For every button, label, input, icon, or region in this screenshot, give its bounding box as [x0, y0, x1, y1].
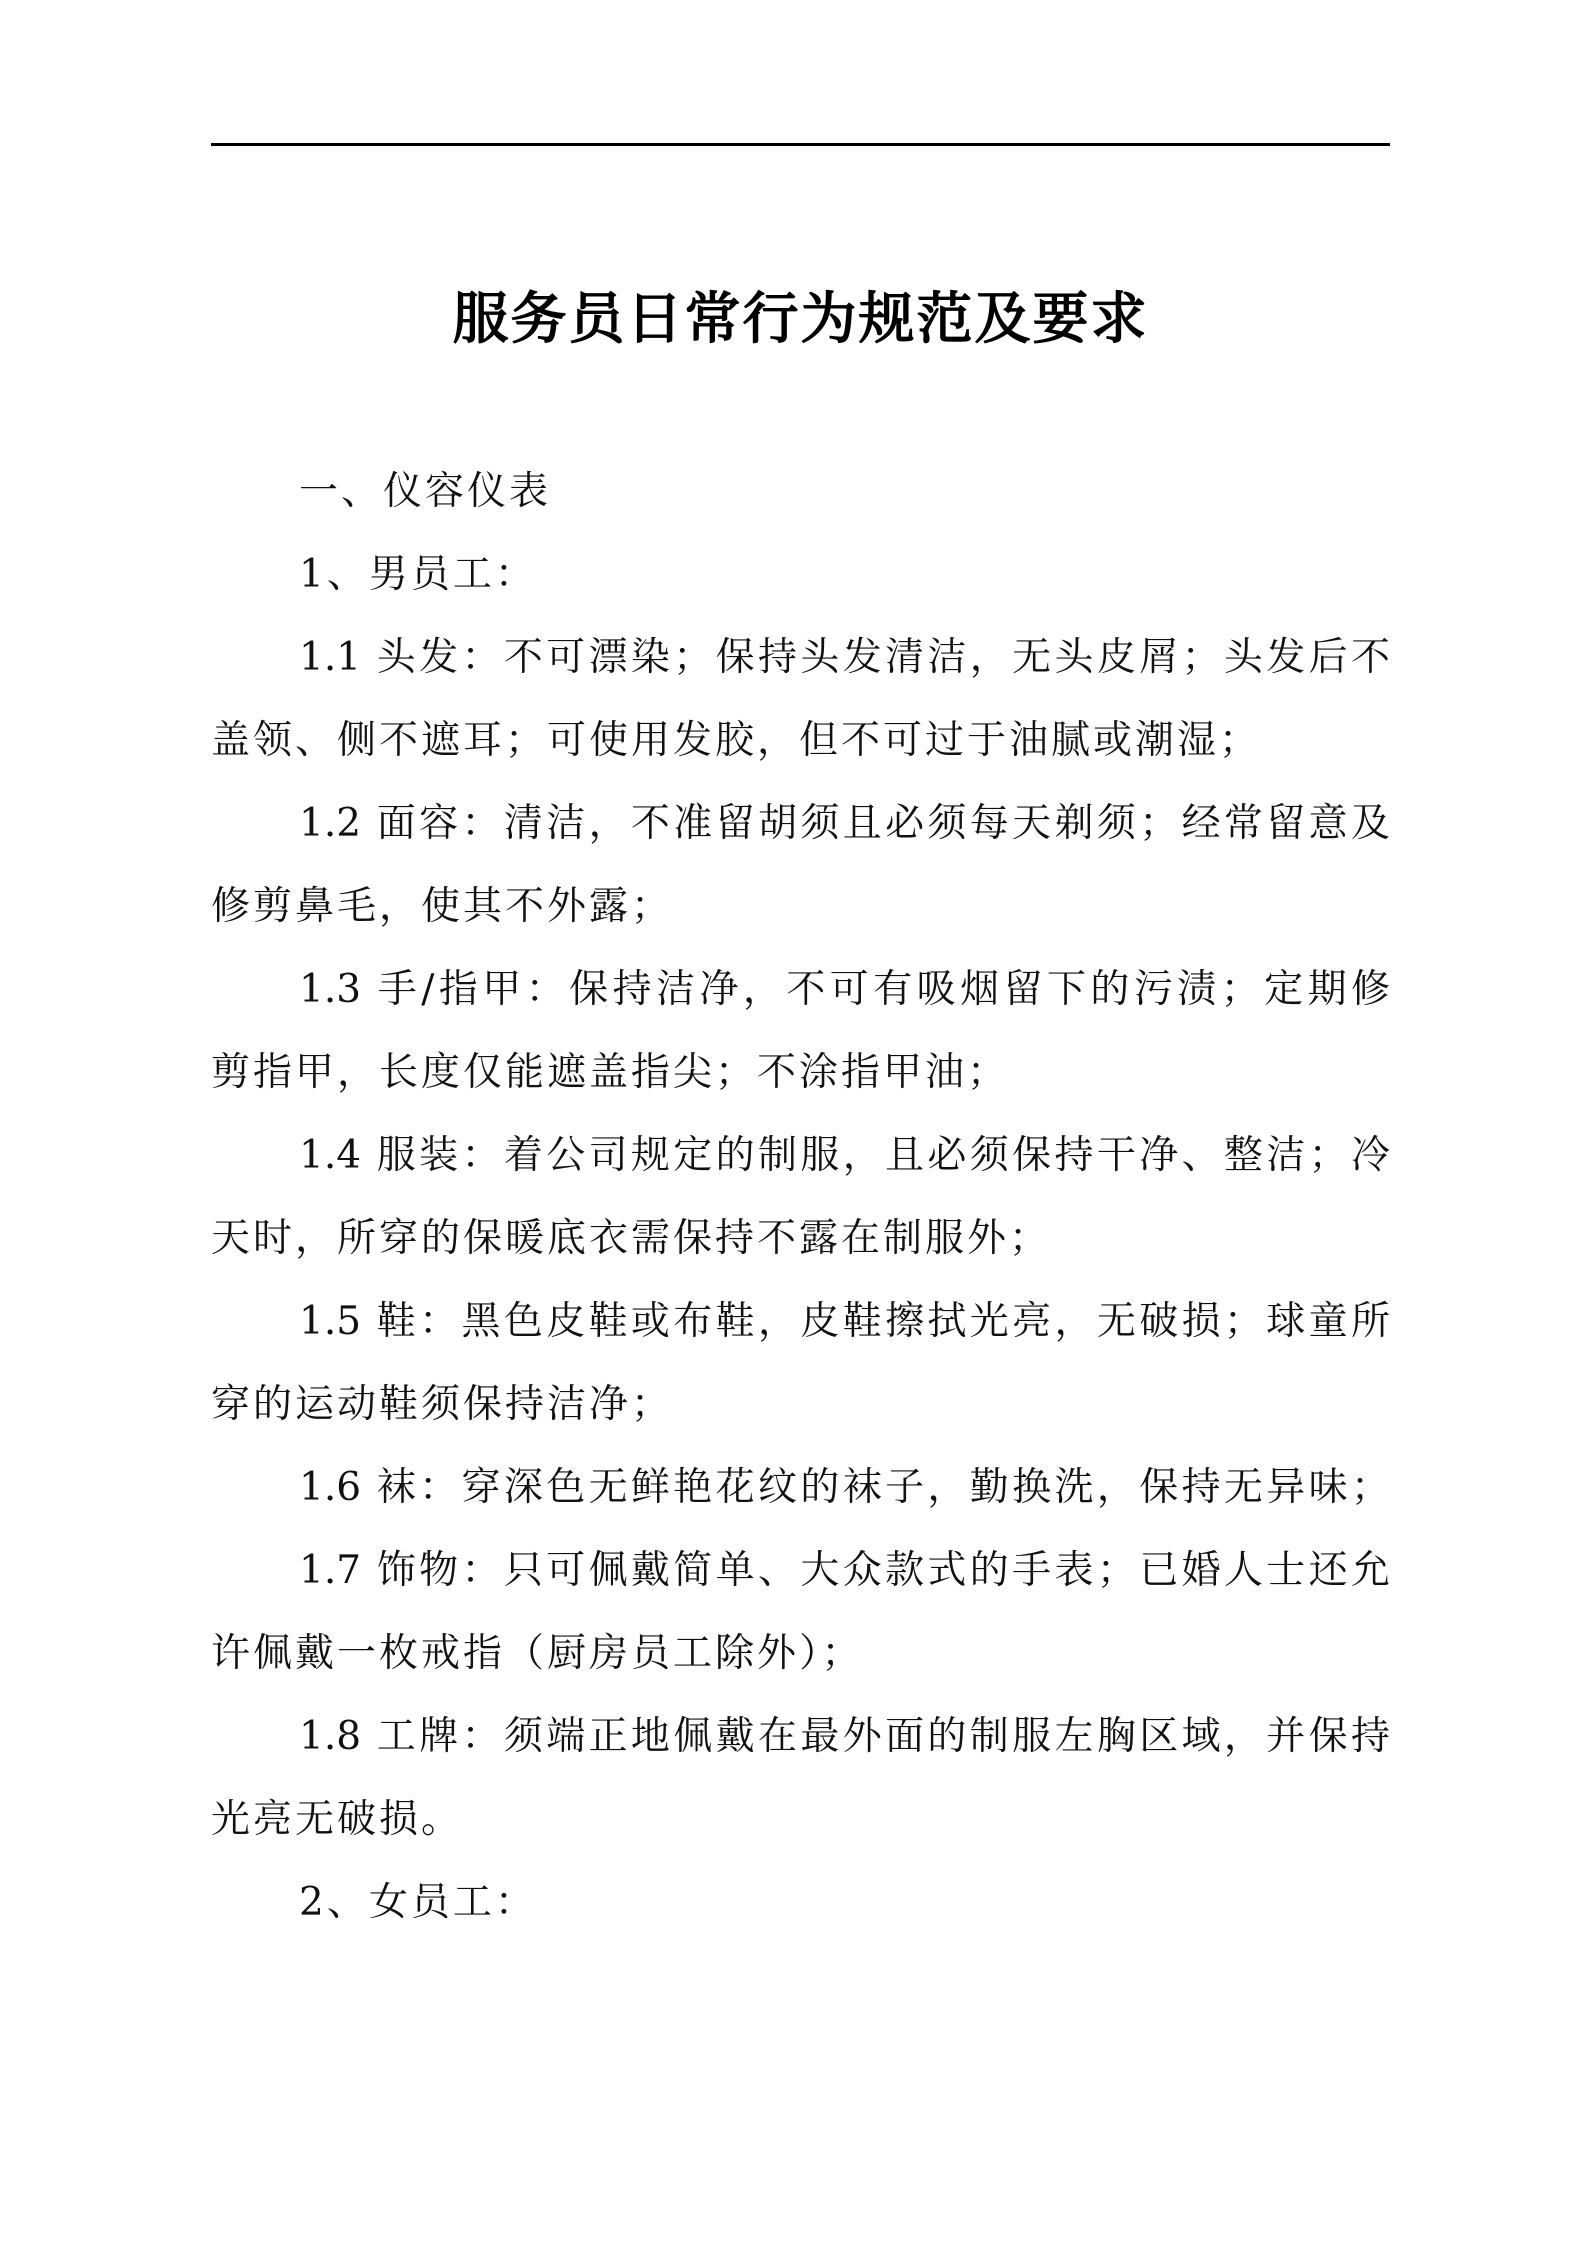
paragraph-line: 1.7 饰物：只可佩戴简单、大众款式的手表；已婚人士还允	[211, 1529, 1390, 1612]
paragraph-line: 天时，所穿的保暖底衣需保持不露在制服外；	[211, 1197, 1390, 1280]
paragraph-line: 修剪鼻毛，使其不外露；	[211, 865, 1390, 948]
paragraph-line: 许佩戴一枚戒指（厨房员工除外）；	[211, 1612, 1390, 1695]
paragraph-line: 盖领、侧不遮耳；可使用发胶，但不可过于油腻或潮湿；	[211, 699, 1390, 782]
paragraph-line: 1.8 工牌：须端正地佩戴在最外面的制服左胸区域，并保持	[211, 1695, 1390, 1778]
document-body: 一、仪容仪表 1、男员工： 1.1 头发：不可漂染；保持头发清洁，无头皮屑；头发…	[211, 450, 1390, 1944]
paragraph-line: 1.2 面容：清洁，不准留胡须且必须每天剃须；经常留意及	[211, 782, 1390, 865]
paragraph-line: 1.3 手/指甲：保持洁净，不可有吸烟留下的污渍；定期修	[211, 948, 1390, 1031]
paragraph-line: 光亮无破损。	[211, 1778, 1390, 1861]
paragraph-line: 1.6 袜：穿深色无鲜艳花纹的袜子，勤换洗，保持无异味；	[211, 1446, 1390, 1529]
section-heading: 一、仪容仪表	[211, 450, 1390, 533]
paragraph-line: 1.4 服装：着公司规定的制服，且必须保持干净、整洁；冷	[211, 1114, 1390, 1197]
document-title: 服务员日常行为规范及要求	[211, 285, 1390, 355]
paragraph-line: 1.1 头发：不可漂染；保持头发清洁，无头皮屑；头发后不	[211, 616, 1390, 699]
subsection-heading: 2、女员工：	[211, 1861, 1390, 1944]
subsection-heading: 1、男员工：	[211, 533, 1390, 616]
paragraph-line: 1.5 鞋：黑色皮鞋或布鞋，皮鞋擦拭光亮，无破损；球童所	[211, 1280, 1390, 1363]
paragraph-line: 剪指甲，长度仅能遮盖指尖；不涂指甲油；	[211, 1031, 1390, 1114]
header-rule	[211, 143, 1390, 146]
paragraph-line: 穿的运动鞋须保持洁净；	[211, 1363, 1390, 1446]
